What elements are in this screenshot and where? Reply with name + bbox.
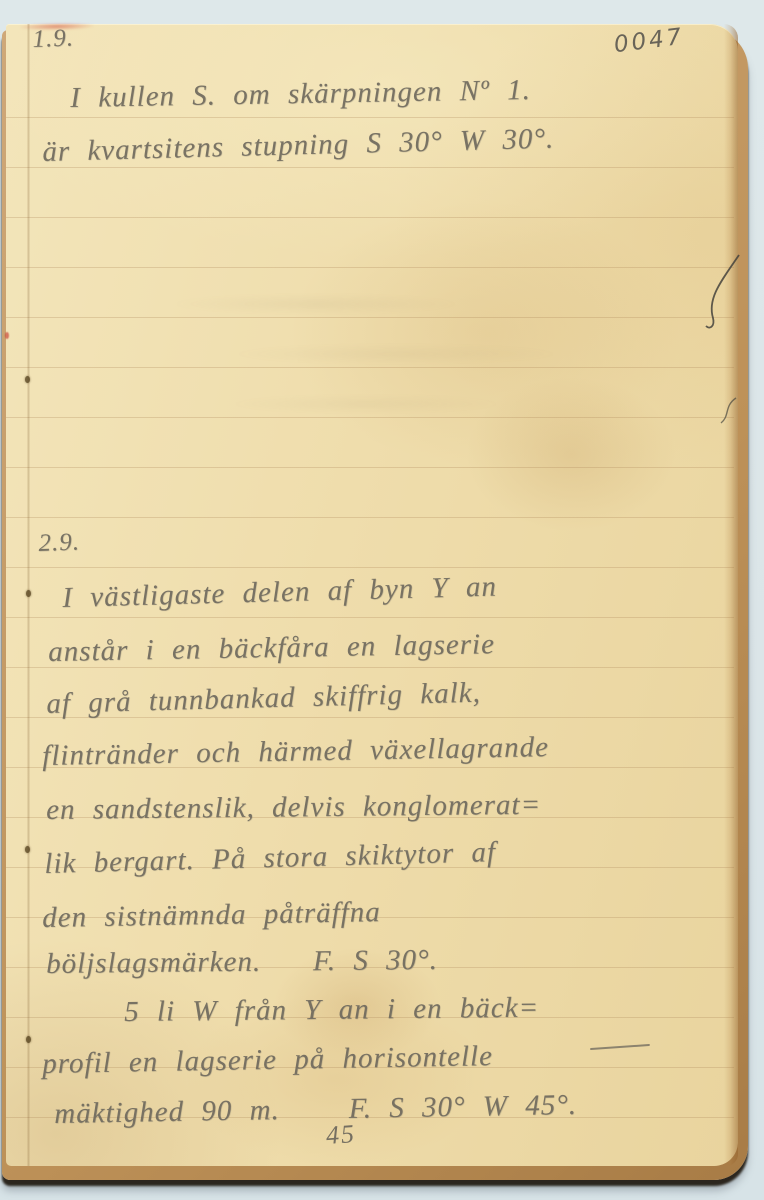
notebook-page: 0047 1.9. I kullen S. om skärpningen Nº … [6, 24, 738, 1166]
stitch-hole [25, 846, 30, 853]
handwritten-line: 5 li W från Y an i en bäck= [124, 992, 539, 1030]
red-edge-dot [5, 332, 9, 339]
entry-heading: 1.9. [32, 25, 74, 55]
handwritten-line: den sistnämnda påträffna [42, 896, 381, 935]
pencil-dash [590, 1044, 650, 1050]
stray-hair-small [716, 396, 742, 426]
entry-heading: 2.9. [38, 529, 80, 559]
handwritten-line: flintränder och härmed växellagrande [42, 731, 549, 773]
handwritten-line: I kullen S. om skärpningen Nº 1. [70, 74, 531, 115]
stitch-hole [26, 590, 31, 597]
handwritten-line: en sandstenslik, delvis konglomerat= [46, 789, 541, 828]
page-number: 45 [325, 1121, 357, 1149]
handwritten-line: anstår i en bäckfåra en lagserie [48, 628, 495, 669]
archive-stamp: 0047 [613, 26, 686, 57]
stray-hair [692, 250, 744, 342]
ink-bleedthrough [66, 284, 686, 484]
handwritten-line: mäktighed 90 m. F. S 30° W 45°. [54, 1089, 577, 1131]
handwritten-line: I västligaste delen af byn Y an [62, 571, 497, 616]
scanned-notebook-photo: 0047 1.9. I kullen S. om skärpningen Nº … [0, 0, 764, 1200]
handwritten-line: lik bergart. På stora skiktytor af [44, 836, 496, 881]
stitch-hole [25, 376, 30, 383]
handwritten-line: af grå tunnbankad skiffrig kalk, [46, 677, 481, 722]
handwritten-line: profil en lagserie på horisontelle [42, 1040, 493, 1081]
handwritten-line: är kvartsitens stupning S 30° W 30°. [42, 123, 555, 170]
stitch-hole [26, 1036, 31, 1043]
handwritten-line: böljslagsmärken. F. S 30°. [46, 944, 438, 981]
